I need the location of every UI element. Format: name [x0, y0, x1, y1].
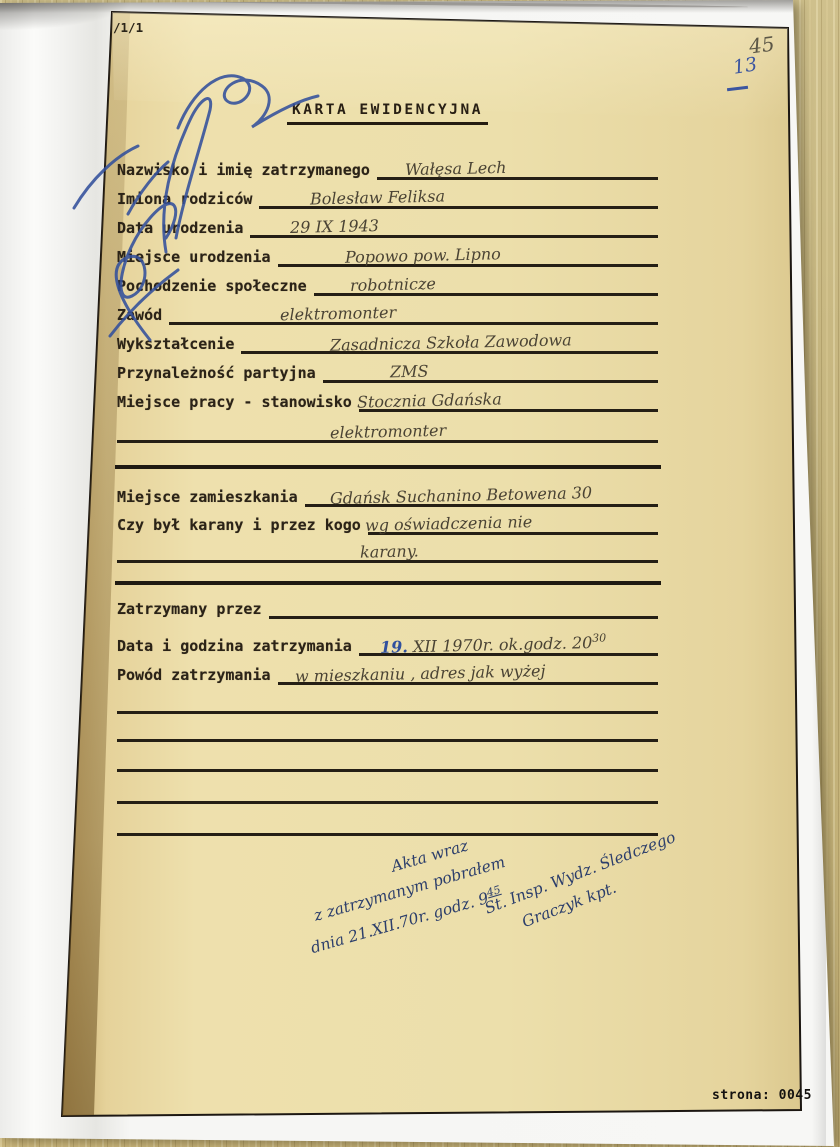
form-row-criminal-record: Czy był karany i przez kogo wg oświadcze… [117, 512, 658, 535]
field-label: Zatrzymany przez [117, 599, 269, 619]
form-row-workplace-cont: elektromonter [117, 420, 658, 443]
form-row-residence: Miejsce zamieszkania Gdańsk Suchanino Be… [117, 484, 658, 507]
document-content: KARTA EWIDENCYJNA Nazwisko i imię zatrzy… [0, 0, 840, 1147]
field-label: Miejsce zamieszkania [117, 487, 305, 507]
field-label: Miejsce pracy - stanowisko [117, 392, 359, 412]
field-label: Nazwisko i imię zatrzymanego [117, 160, 377, 180]
blank-ruled-line [117, 719, 658, 742]
field-label: Przynależność partyjna [117, 363, 323, 383]
field-value-handwritten: ZMS [390, 362, 429, 382]
field-value-handwritten: 29 IX 1943 [290, 216, 379, 237]
field-label: Pochodzenie społeczne [117, 276, 314, 296]
blank-ruled-line [117, 749, 658, 772]
form-row-birthdate: Data urodzenia 29 IX 1943 [117, 215, 658, 238]
form-row-detained-by: Zatrzymany przez [117, 596, 658, 619]
field-label: Zawód [117, 305, 169, 325]
detention-day-blue-ink: 19. [380, 637, 408, 657]
scan-page-number: strona: 0045 [712, 1088, 812, 1103]
handwritten-number-13: 13 [731, 53, 758, 79]
form-row-party: Przynależność partyjna ZMS [117, 360, 658, 383]
field-rule [269, 593, 659, 619]
field-value-handwritten: Stocznia Gdańska [357, 389, 502, 411]
field-label: Imiona rodziców [117, 189, 259, 209]
form-row-birthplace: Miejsce urodzenia Popowo pow. Lipno [117, 244, 658, 267]
field-value-handwritten: elektromonter [280, 303, 397, 325]
field-value-handwritten: Wałęsa Lech [405, 158, 507, 179]
field-label: Data i godzina zatrzymania [117, 636, 359, 656]
blank-ruled-line [117, 691, 658, 714]
form-row-detention-reason: Powód zatrzymania w mieszkaniu , adres j… [117, 662, 658, 685]
form-row-parents: Imiona rodziców Bolesław Feliksa [117, 186, 658, 209]
field-value-handwritten: karany. [360, 541, 419, 561]
field-label: Wykształcenie [117, 334, 241, 354]
form-row-detention-datetime: Data i godzina zatrzymania 19. XII 1970r… [117, 633, 658, 656]
handwritten-underline-mark [727, 86, 748, 91]
document-title: KARTA EWIDENCYJNA [287, 102, 488, 125]
form-row-social-origin: Pochodzenie społeczne robotnicze [117, 273, 658, 296]
form-row-surname: Nazwisko i imię zatrzymanego Wałęsa Lech [117, 157, 658, 180]
form-row-criminal-record-cont: karany. [117, 540, 658, 563]
form-row-education: Wykształcenie Zasadnicza Szkoła Zawodowa [117, 331, 658, 354]
field-label: Data urodzenia [117, 218, 250, 238]
field-value-handwritten: Bolesław Feliksa [310, 186, 445, 208]
photo-of-archival-document: KARTA EWIDENCYJNA Nazwisko i imię zatrzy… [0, 0, 840, 1147]
detention-time-sup: 30 [592, 631, 606, 644]
field-value-handwritten: elektromonter [330, 421, 447, 443]
handwritten-receipt-note: Akta wraz z zatrzymanym pobrałem dnia 21… [292, 772, 713, 1011]
field-value-handwritten: wg oświadczenia nie [365, 512, 533, 535]
field-value-handwritten: Popowo pow. Lipno [345, 244, 501, 267]
field-rule [169, 299, 658, 325]
field-label: Miejsce urodzenia [117, 247, 278, 267]
field-rule [323, 357, 658, 383]
form-row-workplace: Miejsce pracy - stanowisko Stocznia Gdań… [117, 389, 658, 412]
detention-date-rest: XII 1970r. ok.godz. 20 [408, 633, 593, 656]
section-separator [115, 465, 661, 469]
form-row-profession: Zawód elektromonter [117, 302, 658, 325]
corner-reference-mark: /1/1 [113, 20, 143, 35]
field-label: Czy był karany i przez kogo [117, 515, 368, 535]
field-value-handwritten: robotnicze [350, 274, 436, 295]
section-separator [115, 581, 661, 585]
field-label: Powód zatrzymania [117, 665, 278, 685]
